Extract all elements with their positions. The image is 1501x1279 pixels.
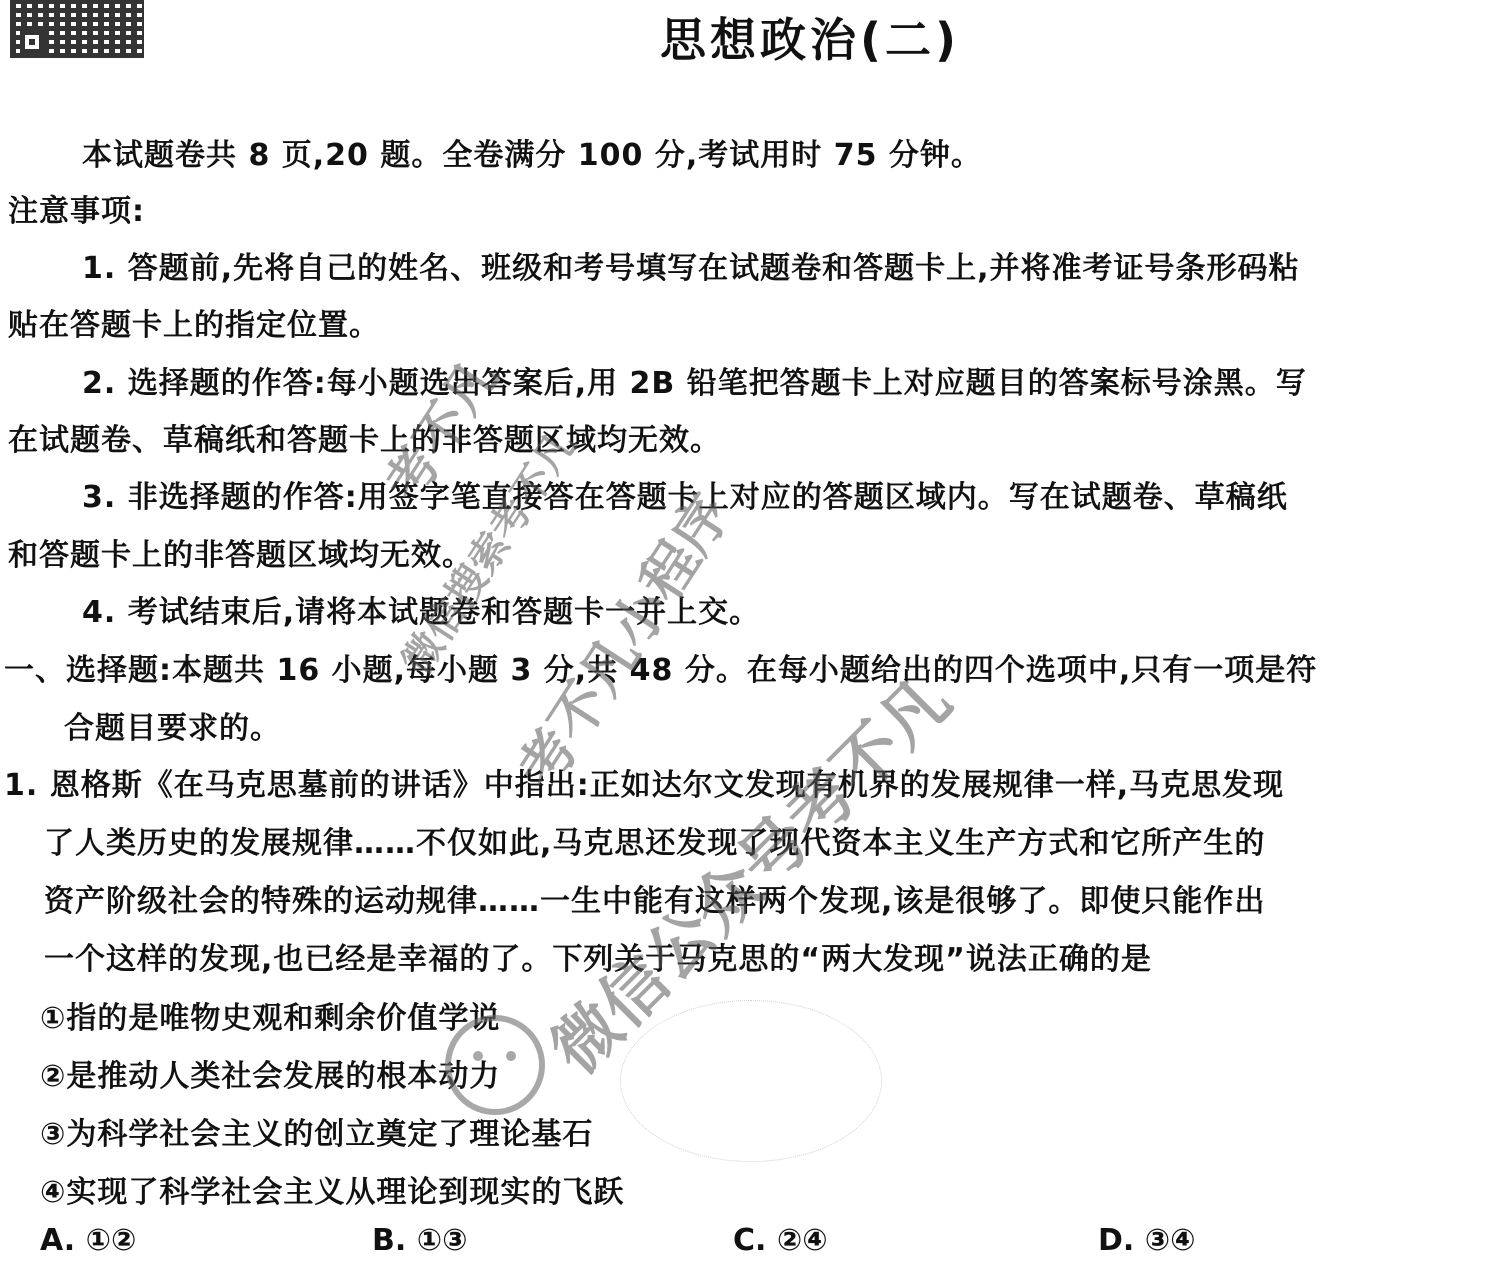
question-stem-line: 资产阶级社会的特殊的运动规律……一生中能有这样两个发现,该是很够了。即使只能作出: [44, 876, 1265, 920]
statement-4: ④实现了科学社会主义从理论到现实的飞跃: [40, 1167, 624, 1211]
page-title: 思想政治(二): [660, 4, 960, 70]
question-stem-line: 1. 恩格斯《在马克思墓前的讲话》中指出:正如达尔文发现有机界的发展规律一样,马…: [4, 760, 1284, 804]
section-heading-cont: 合题目要求的。: [64, 703, 281, 747]
option-a: A. ①②: [40, 1223, 136, 1258]
note-line: 在试题卷、草稿纸和答题卡上的非答题区域均无效。: [8, 415, 721, 459]
note-line: 3. 非选择题的作答:用签字笔直接答在答题卡上对应的答题区域内。写在试题卷、草稿…: [82, 472, 1288, 516]
question-stem-line: 了人类历史的发展规律……不仅如此,马克思还发现了现代资本主义生产方式和它所产生的: [44, 818, 1265, 862]
note-line: 贴在答题卡上的指定位置。: [8, 300, 380, 344]
question-stem-line: 一个这样的发现,也已经是幸福的了。下列关于马克思的“两大发现”说法正确的是: [44, 934, 1152, 978]
notes-heading: 注意事项:: [8, 186, 145, 230]
note-line: 1. 答题前,先将自己的姓名、班级和考号填写在试题卷和答题卡上,并将准考证号条形…: [82, 243, 1300, 287]
note-line: 2. 选择题的作答:每小题选出答案后,用 2B 铅笔把答题卡上对应题目的答案标号…: [82, 358, 1307, 402]
option-d: D. ③④: [1098, 1223, 1196, 1258]
statement-3: ③为科学社会主义的创立奠定了理论基石: [40, 1109, 593, 1153]
intro-text: 本试题卷共 8 页,20 题。全卷满分 100 分,考试用时 75 分钟。: [82, 130, 982, 174]
qr-code-icon: [10, 0, 144, 58]
section-heading: 一、选择题:本题共 16 小题,每小题 3 分,共 48 分。在每小题给出的四个…: [4, 645, 1317, 689]
note-line: 和答题卡上的非答题区域均无效。: [8, 530, 473, 574]
wechat-logo-icon: [445, 1015, 545, 1115]
option-b: B. ①③: [372, 1223, 468, 1258]
note-line: 4. 考试结束后,请将本试题卷和答题卡一并上交。: [82, 587, 760, 631]
scan-smudge: [620, 1000, 882, 1162]
qr-finder-pattern: [20, 30, 44, 54]
watermark-text: 考不凡小程序: [496, 476, 746, 801]
option-c: C. ②④: [733, 1223, 828, 1258]
statement-1: ①指的是唯物史观和剩余价值学说: [40, 993, 500, 1037]
statement-2: ②是推动人类社会发展的根本动力: [40, 1051, 500, 1095]
